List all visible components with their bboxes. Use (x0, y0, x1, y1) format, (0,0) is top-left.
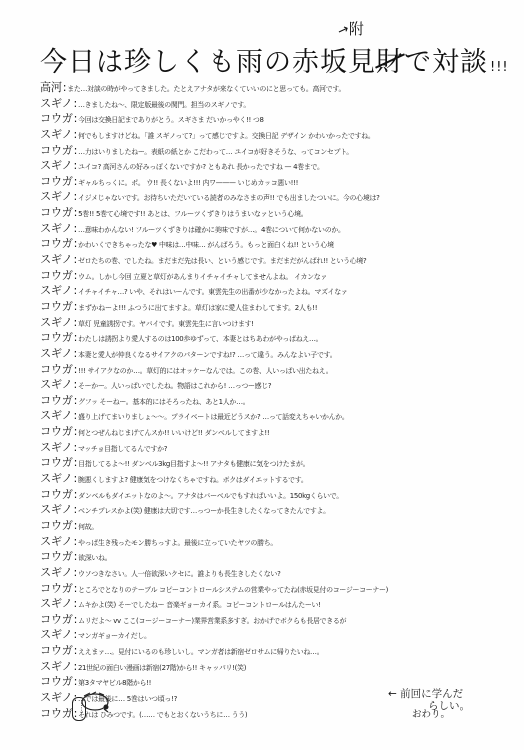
speaker-separator: : (73, 565, 76, 581)
dialogue-line: コウガ:何故。 (40, 518, 510, 534)
dialogue-line: スギノ:マンガギョーカイだし。 (40, 627, 510, 643)
speaker-label: スギノ (40, 596, 72, 612)
dialogue-line: スギノ:何でもしますけどね。「誰 スギノって?」って感じですよ。交換日記 デザイ… (40, 127, 510, 143)
speaker-separator: : (74, 581, 77, 597)
dialogue-line: スギノ:21世紀の面白い漫画は新宿(27階)から!! キャッパリ!(笑) (40, 659, 510, 675)
speaker-label: コウガ (40, 393, 73, 409)
speaker-label: スギノ (40, 221, 72, 237)
speaker-label: コウガ (40, 581, 73, 597)
dialogue-line: スギノ:本妻と愛人が仲良くなるサイアクのパターンですね!? …って違う。みんなよ… (40, 346, 510, 362)
note-arrow-icon: ← (388, 688, 397, 700)
speaker-separator: : (73, 627, 76, 643)
dialogue-line: コウガ:わたしは誘拐より愛人するのは100歩ゆずって、本妻とはちあわがやっぱねえ… (40, 330, 510, 346)
speaker-separator: : (73, 534, 76, 550)
dialogue-line: 高河:また…対談の時がやってきました。たとえアナタが来なくていいのにと思っても。… (40, 80, 510, 96)
speaker-separator: : (73, 346, 76, 362)
dialogue-line: コウガ:欲深いね。 (40, 549, 510, 565)
speaker-label: スギノ (40, 283, 72, 299)
speaker-label: スギノ (40, 127, 72, 143)
manga-afterword-page: →附 今日は珍しくも雨の赤坂見財で対談!!! 高河:また…対談の時がやってきまし… (0, 0, 524, 750)
dialogue-line: スギノ:ムキかよ(笑) そーでしたねー 音楽ギョーカイ系。コピーコントロールはん… (40, 596, 510, 612)
dialogue-line: コウガ:…力はいりましたねー。表紙の紙とか こだわって… ユイコが好きそうな、っ… (40, 143, 510, 159)
dialogue-line: スギノ:…きましたね〜、限定版最後の関門。担当のスギノです。 (40, 96, 510, 112)
speaker-separator: : (73, 252, 76, 268)
dialogue-line: スギノ:ゼロたちの巻、でしたね。まだまだ先は長い、という感じです。まだまだがんば… (40, 252, 510, 268)
speaker-separator: : (73, 440, 76, 456)
speaker-label: スギノ (40, 659, 72, 675)
speaker-separator: : (74, 674, 77, 690)
speaker-label: コウガ (40, 330, 73, 346)
speaker-label: コウガ (40, 612, 73, 628)
speaker-label: スギノ (40, 252, 72, 268)
title-struck-char: 財 (376, 40, 404, 79)
speaker-label: コウガ (40, 549, 73, 565)
title-part-3: で対談 (404, 47, 488, 78)
dialogue-line: スギノ:…意味わかんない! フルーツくずきりは確かに美味ですが…。4巻について何… (40, 221, 510, 237)
dialogue-line: スギノ:イジメじゃないです。お待ちいただいている読者のみなさまの声!! でも出ま… (40, 189, 510, 205)
dialogue-line: コウガ:ダンベルもダイエットなのよ〜。アナタはバーベルでもすればいいよ。150k… (40, 487, 510, 503)
speaker-separator: : (73, 659, 76, 675)
speaker-separator: : (74, 362, 77, 378)
dialogue-line: スギノ:草灯 児童誘拐です。ヤバイです。東雲先生に言いつけます! (40, 315, 510, 331)
speaker-label: コウガ (40, 236, 73, 252)
speaker-separator: : (74, 518, 77, 534)
speaker-separator: : (74, 174, 77, 190)
dialogue-line: コウガ:!!! サイアクなのか…。草灯的にはオッケーなんでは。この巻、人いっぱい… (40, 362, 510, 378)
speech-text: ベンチプレスかよ(笑) 健康は大切です…っつーか長生きしたくなってきたんですよ。 (78, 504, 330, 520)
speaker-label: コウガ (40, 299, 73, 315)
dialogue-line: コウガ:何とつぜんねじまげてんスか!! いいけど!! ダンベルしてますよ!! (40, 424, 510, 440)
speaker-separator: : (74, 455, 77, 471)
speaker-label: コウガ (40, 643, 73, 659)
speaker-separator: : (74, 143, 77, 159)
dialogue-line: スギノ:ウソつきなさい。人一倍欲深いクセに。誰よりも長生きしたくない? (40, 565, 510, 581)
speaker-separator: : (74, 643, 77, 659)
speaker-separator: : (74, 393, 77, 409)
title-part-1: 今日は珍しくも雨の赤坂見 (40, 47, 376, 78)
dialogue-line: スギノ:盛り上げてまいりましょ〜〜。プライベートは最近どうスか? …って話変えち… (40, 408, 510, 424)
dialogue-line: コウガ:ウム。しかし今回 立夏と草灯があんまりイチャイチャしてませんよね。 イカ… (40, 268, 510, 284)
speaker-label: コウガ (40, 487, 73, 503)
dialogue-line: コウガ:ムリだよ〜 vv ここ(コージーコーナー)業界営業系多すぎ。おかげでボク… (40, 612, 510, 628)
dialogue-line: コウガ:ギャルちっくに。ポ。 ウ!! 長くないよ!!! 内ワ——— いじめカッコ… (40, 174, 510, 190)
dialogue-line: スギノ:ユイコ? 高河さんの好みっぽくないですか? ともあれ 長かったですね —… (40, 158, 510, 174)
speaker-separator: : (74, 612, 77, 628)
speaker-label: スギノ (40, 690, 72, 706)
speaker-label: スギノ (40, 502, 72, 518)
dialogue-line: コウガ:5巻!! 5巻て心境です!! あとは、フルーツくずきりはうまいなァという… (40, 205, 510, 221)
speaker-label: 高河 (40, 80, 62, 96)
speaker-separator: : (63, 80, 66, 96)
speaker-label: コウガ (40, 706, 73, 722)
speaker-separator: : (73, 471, 76, 487)
dialogue-transcript: 高河:また…対談の時がやってきました。たとえアナタが来なくていいのにと思っても。… (40, 80, 510, 721)
title-exclaim: !!! (490, 60, 509, 75)
dialogue-line: コウガ:かわいくできちゃったな♥ 中味は…中味… がんばろう。もっと面白くね!!… (40, 236, 510, 252)
dialogue-line: スギノ:マッチョ目指してるんですか? (40, 440, 510, 456)
speaker-separator: : (73, 408, 76, 424)
speaker-label: コウガ (40, 424, 73, 440)
speaker-label: コウガ (40, 268, 73, 284)
speaker-label: コウガ (40, 455, 73, 471)
speaker-label: スギノ (40, 534, 72, 550)
dialogue-line: コウガ:目指してるよ〜!! ダンベル3kg目指すよ〜!! アナタも健康に気をつけ… (40, 455, 510, 471)
dialogue-line: コウガ:グフッ そーねー。基本的にはそろったね、あと1人か…。 (40, 393, 510, 409)
dialogue-line: スギノ:そーかー。人いっぱいでしたね。物語はこれから! …っつー感じ? (40, 377, 510, 393)
speaker-label: スギノ (40, 471, 72, 487)
ellipsis-speech-bubble: …… (72, 697, 86, 721)
speaker-separator: : (74, 549, 77, 565)
speaker-separator: : (73, 502, 76, 518)
speaker-separator: : (74, 299, 77, 315)
speaker-separator: : (74, 330, 77, 346)
speaker-separator: : (73, 377, 76, 393)
speaker-separator: : (73, 127, 76, 143)
speaker-label: スギノ (40, 408, 72, 424)
speaker-separator: : (73, 96, 76, 112)
speaker-label: スギノ (40, 377, 72, 393)
speaker-separator: : (73, 315, 76, 331)
speaker-separator: : (73, 283, 76, 299)
speaker-label: コウガ (40, 674, 73, 690)
speaker-separator: : (74, 487, 77, 503)
speaker-separator: : (74, 236, 77, 252)
note-line-1: 前回に学んだ (400, 688, 463, 700)
speaker-separator: : (73, 221, 76, 237)
speaker-label: スギノ (40, 565, 72, 581)
speaker-separator: : (73, 189, 76, 205)
speaker-label: スギノ (40, 346, 72, 362)
dialogue-line: コウガ:まずかねーよ!!! ふつうに出てますよ。草灯は家に愛人住まわしてます。2… (40, 299, 510, 315)
page-title: 今日は珍しくも雨の赤坂見財で対談!!! (40, 40, 480, 80)
dialogue-line: スギノ:イチャイチャ…? いや、それはいーんです。東雲先生の出番が少なかったよね… (40, 283, 510, 299)
dialogue-line: コウガ:ところでとなりのテーブル コピーコントロールシステムの営業やってたね(赤… (40, 581, 510, 597)
speaker-label: スギノ (40, 158, 72, 174)
title-correction: →附 (338, 18, 364, 39)
speaker-separator: : (74, 205, 77, 221)
speaker-separator: : (74, 111, 77, 127)
speaker-label: コウガ (40, 143, 73, 159)
dialogue-line: スギノ:ベンチプレスかよ(笑) 健康は大切です…っつーか長生きしたくなってきたん… (40, 502, 510, 518)
speaker-label: コウガ (40, 362, 73, 378)
speaker-label: スギノ (40, 315, 72, 331)
speaker-label: コウガ (40, 111, 73, 127)
speaker-label: スギノ (40, 96, 72, 112)
speaker-separator: : (73, 158, 76, 174)
dialogue-line: コウガ:今回は交換日記までありがとう。スギさま だいかっやく!! つ8 (40, 111, 510, 127)
speaker-separator: : (74, 268, 77, 284)
ending-signoff: おわり。 (412, 706, 450, 720)
speaker-label: コウガ (40, 174, 73, 190)
dialogue-line: スギノ:腕悪くしますよ? 健康気をつけなくちゃですね。ボクはダイエットするです。 (40, 471, 510, 487)
speaker-label: スギノ (40, 627, 72, 643)
speaker-label: スギノ (40, 189, 72, 205)
speaker-label: スギノ (40, 440, 72, 456)
speaker-label: コウガ (40, 518, 73, 534)
speaker-separator: : (73, 596, 76, 612)
speaker-label: コウガ (40, 205, 73, 221)
dialogue-line: スギノ:やっぱ生き残ったモン勝ちっすよ。最後に立っていたヤツの勝ち。 (40, 534, 510, 550)
correction-char: 附 (349, 20, 364, 38)
dialogue-line: コウガ:ええまァ…。見付にいるのも珍しいし。マンガ者は新宿ゼロサムに帰りたいね…… (40, 643, 510, 659)
speaker-separator: : (74, 424, 77, 440)
